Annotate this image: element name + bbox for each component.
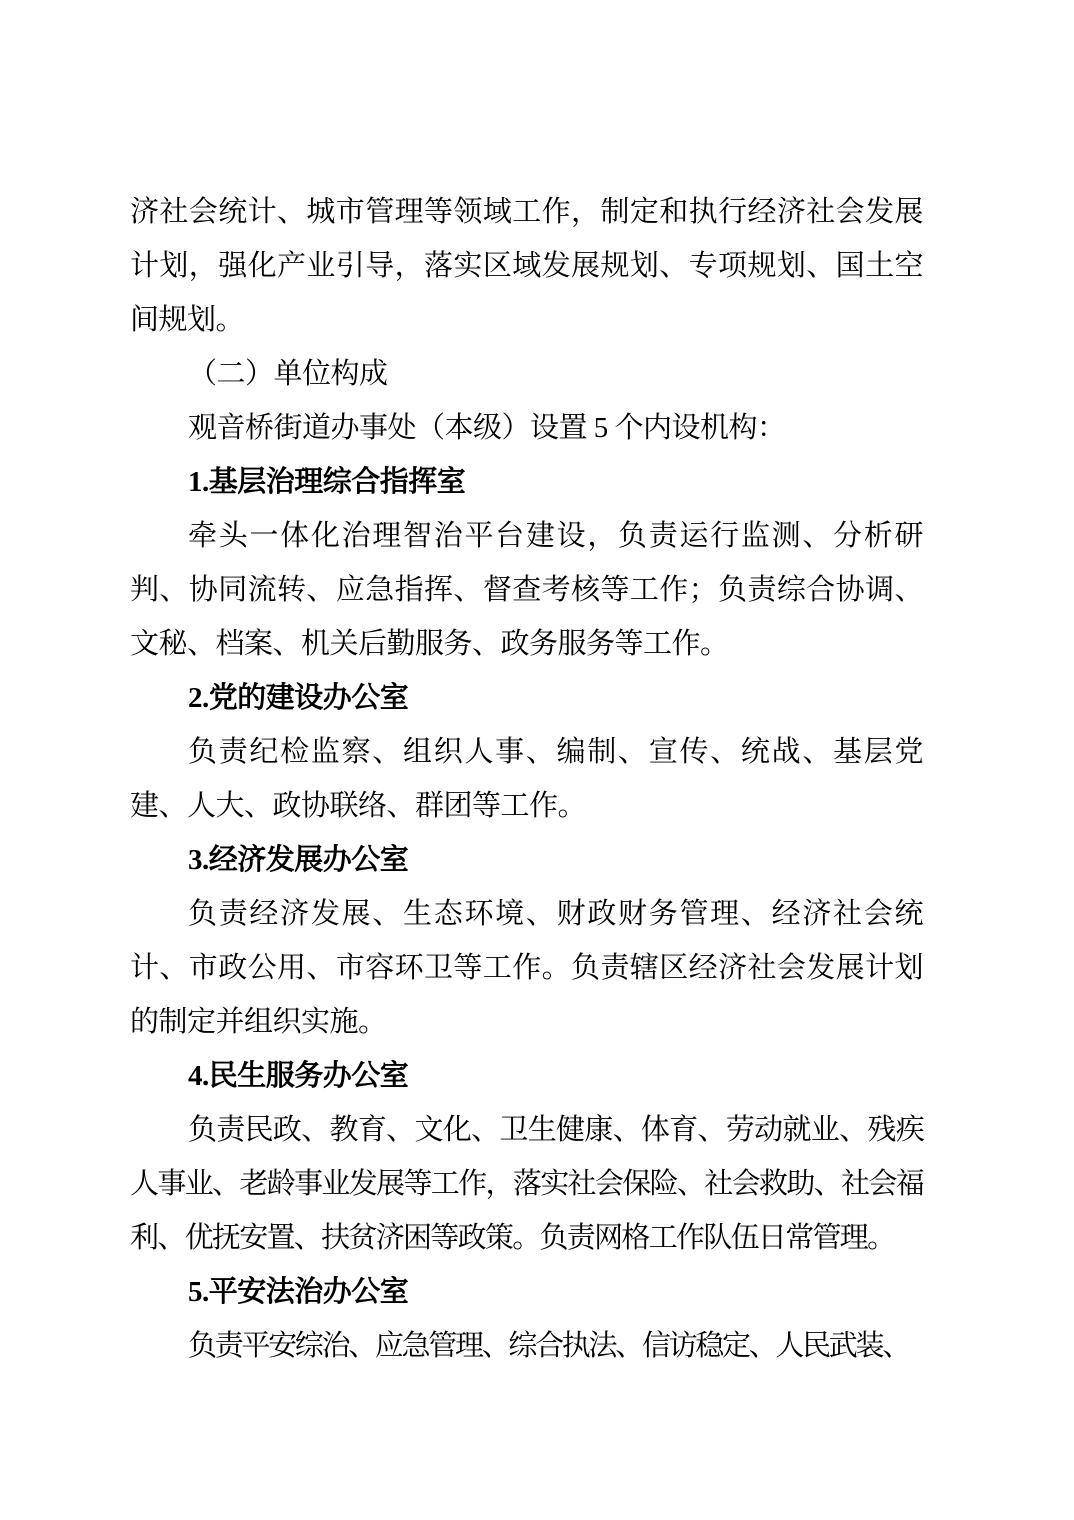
paragraph-intro-internal-orgs: 观音桥街道办事处（本级）设置 5 个内设机构：	[130, 401, 923, 455]
heading-org-5-peace-rule-of-law-office: 5.平安法治办公室	[130, 1265, 923, 1319]
paragraph-continuation-economic-duties: 济社会统计、城市管理等领域工作，制定和执行经济社会发展计划，强化产业引导，落实区…	[130, 185, 923, 347]
heading-org-1-grassroots-governance-command: 1.基层治理综合指挥室	[130, 455, 923, 509]
heading-unit-composition: （二）单位构成	[130, 347, 923, 401]
paragraph-org-1-duties: 牵头一体化治理智治平台建设，负责运行监测、分析研判、协同流转、应急指挥、督查考核…	[130, 509, 923, 671]
paragraph-org-3-duties: 负责经济发展、生态环境、财政财务管理、经济社会统计、市政公用、市容环卫等工作。负…	[130, 887, 923, 1049]
paragraph-org-2-duties: 负责纪检监察、组织人事、编制、宣传、统战、基层党建、人大、政协联络、群团等工作。	[130, 725, 923, 833]
paragraph-org-5-duties: 负责平安综治、应急管理、综合执法、信访稳定、人民武装、	[130, 1319, 923, 1373]
paragraph-org-4-duties: 负责民政、教育、文化、卫生健康、体育、劳动就业、残疾人事业、老龄事业发展等工作，…	[130, 1103, 923, 1265]
heading-org-4-livelihood-services-office: 4.民生服务办公室	[130, 1049, 923, 1103]
document-page: 济社会统计、城市管理等领域工作，制定和执行经济社会发展计划，强化产业引导，落实区…	[0, 0, 1074, 1520]
heading-org-3-economic-development-office: 3.经济发展办公室	[130, 833, 923, 887]
heading-org-2-party-building-office: 2.党的建设办公室	[130, 671, 923, 725]
document-body: 济社会统计、城市管理等领域工作，制定和执行经济社会发展计划，强化产业引导，落实区…	[130, 185, 923, 1373]
